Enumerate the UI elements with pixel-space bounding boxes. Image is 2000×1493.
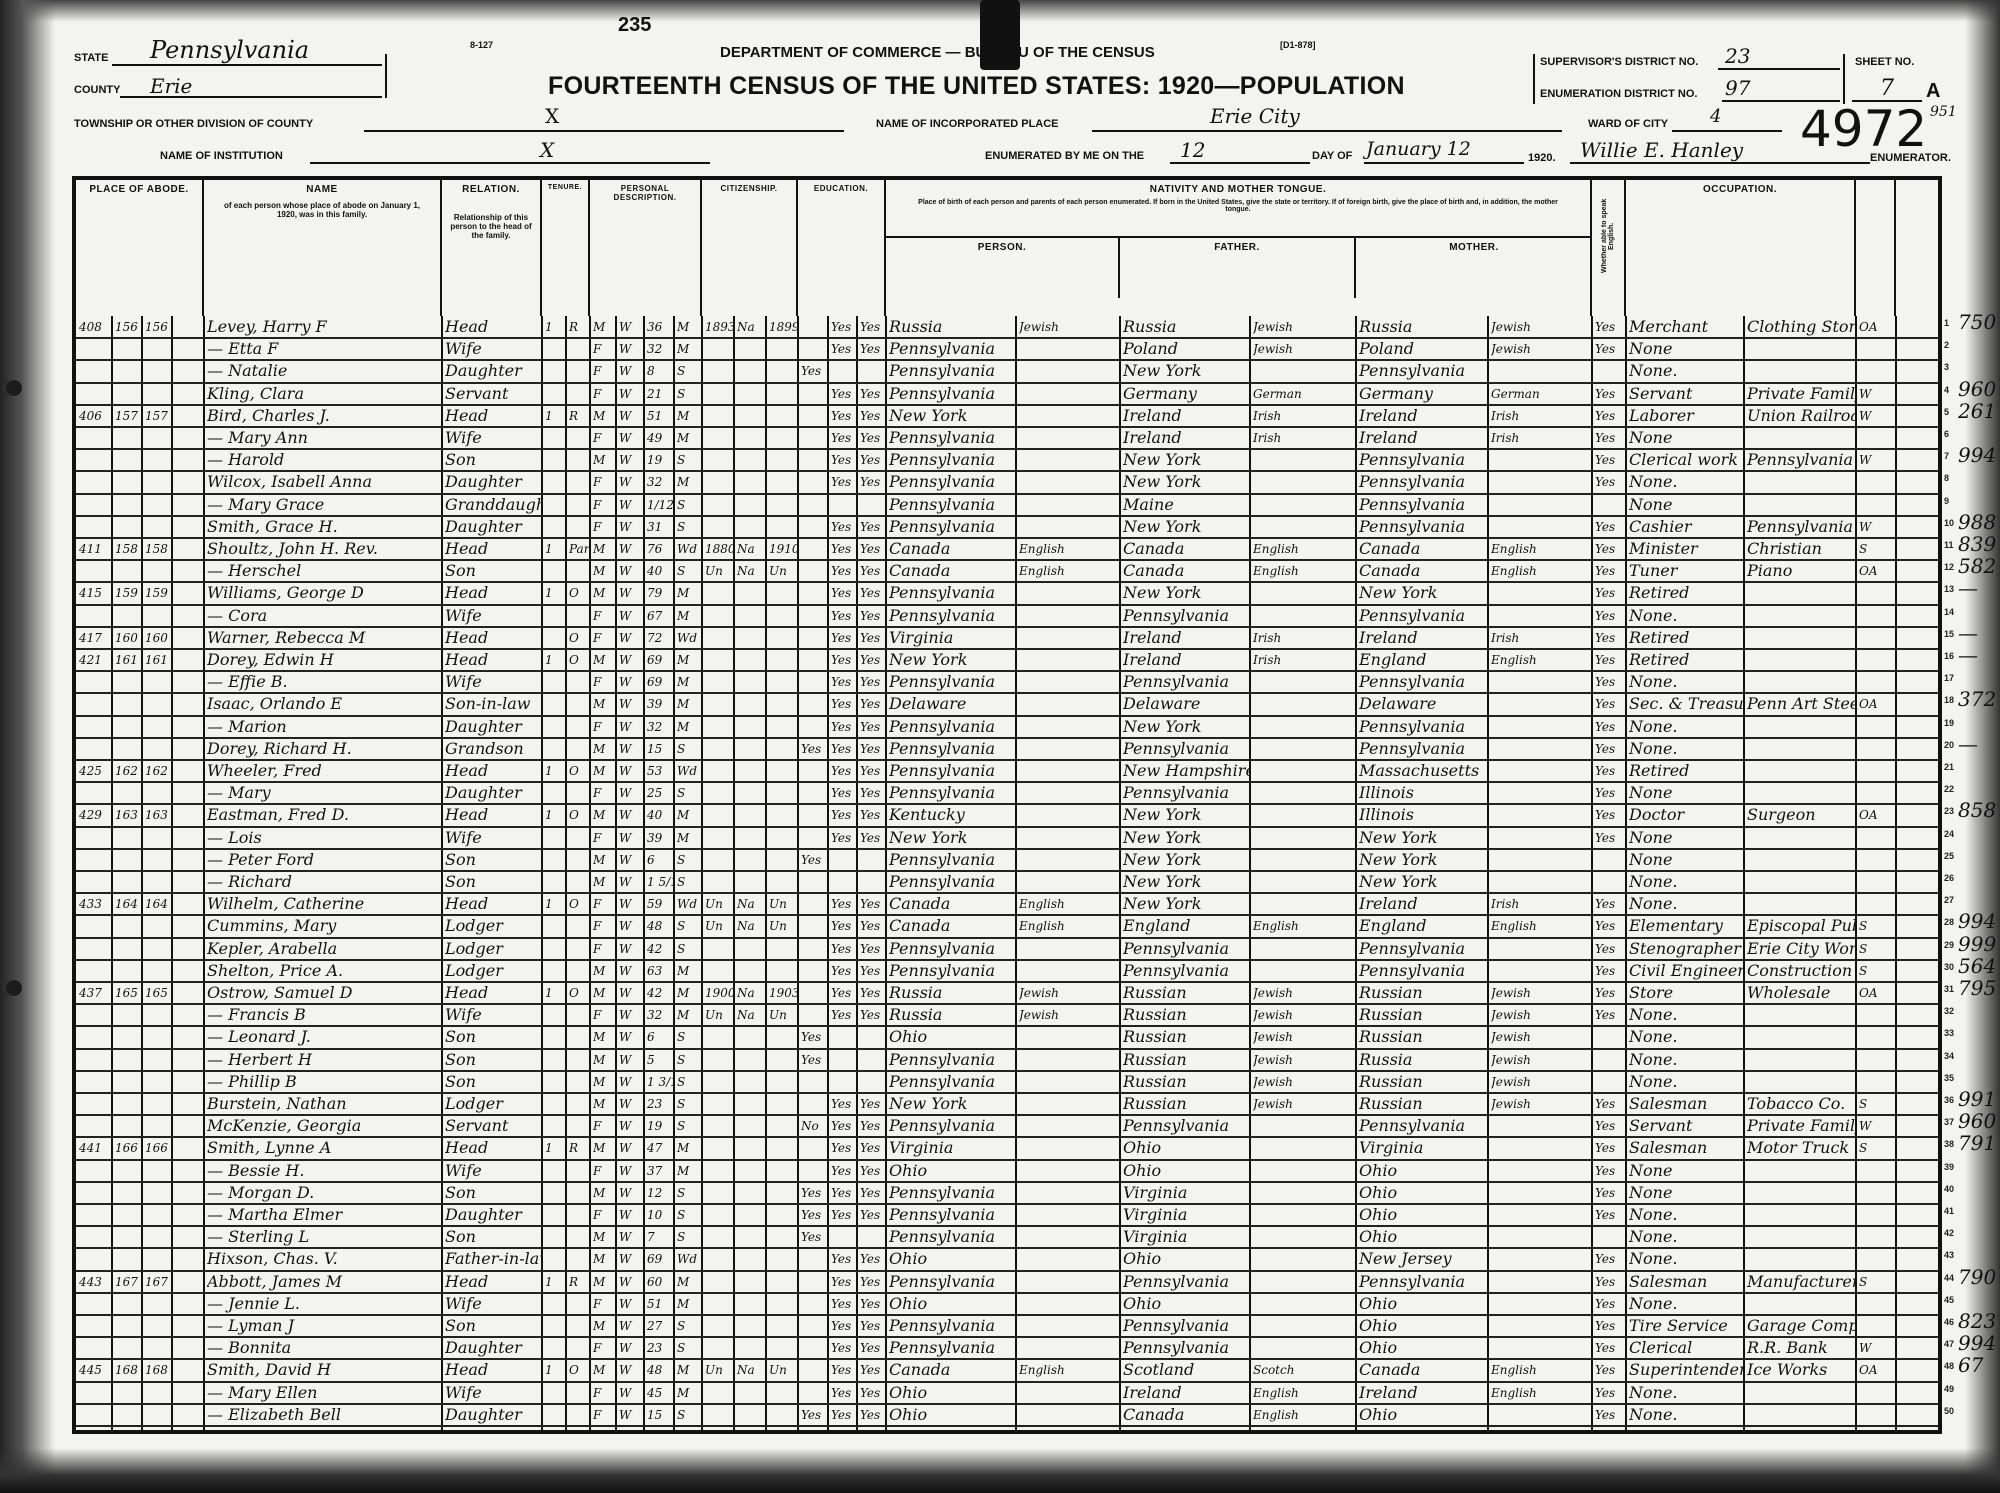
cell-birth: Pennsylvania	[889, 1182, 1015, 1204]
cell-name: — Morgan D.	[207, 1182, 441, 1204]
cell-read: Yes	[831, 1204, 856, 1226]
cell-read: Yes	[831, 383, 856, 405]
line-number: 30	[1944, 962, 1954, 972]
cell-m-tongue: English	[1491, 1359, 1591, 1381]
cell-natyr: 1910	[769, 538, 797, 560]
cell-relation: Lodger	[445, 938, 541, 960]
cell-read: Yes	[831, 1337, 856, 1359]
cell-name: Hixson, Chas. V.	[207, 1248, 441, 1270]
cell-eng: Yes	[1595, 1382, 1625, 1404]
cell-street: 415	[79, 582, 111, 604]
cell-eng: Yes	[1595, 804, 1625, 826]
cell-birth: Canada	[889, 1359, 1015, 1381]
cell-sex: F	[593, 627, 615, 649]
cell-age: 32	[647, 338, 673, 360]
scan-edge-bottom	[0, 1448, 2000, 1493]
cell-sex: F	[593, 471, 615, 493]
table-row: 433164164Wilhelm, CatherineHead1OFW59WdU…	[76, 893, 1938, 915]
cell-eng: Yes	[1595, 383, 1625, 405]
enumerated-label: ENUMERATED BY ME ON THE	[985, 150, 1144, 162]
cell-birth: Pennsylvania	[889, 938, 1015, 960]
line-number: 17	[1944, 673, 1954, 683]
cell-industry: Manufacturer	[1747, 1271, 1855, 1293]
cell-name: — Francis B	[207, 1004, 441, 1026]
cell-f-tongue: Jewish	[1253, 1071, 1355, 1093]
table-row: — MarionDaughterFW32MYesYesPennsylvaniaN…	[76, 716, 1938, 738]
cell-race: W	[619, 1382, 643, 1404]
cell-industry: Construction Co.	[1747, 960, 1855, 982]
cell-school: Yes	[801, 360, 827, 382]
cell-read: Yes	[831, 693, 856, 715]
cell-read: Yes	[831, 1293, 856, 1315]
cell-occupation: None.	[1629, 1404, 1743, 1426]
cell-name: Smith, Grace H.	[207, 516, 441, 538]
cell-occupation: None.	[1629, 1204, 1743, 1226]
cell-m-birth: Russia	[1359, 1049, 1487, 1071]
cell-m-birth: Russian	[1359, 1071, 1487, 1093]
table-row: 425162162Wheeler, FredHead1OMW53WdYesYes…	[76, 760, 1938, 782]
cell-industry: Motor Truck	[1747, 1137, 1855, 1159]
cell-race: W	[619, 849, 643, 871]
cell-family: 158	[145, 538, 171, 560]
cell-m-birth: New York	[1359, 582, 1487, 604]
cell-mort: O	[569, 649, 589, 671]
line-number: 14	[1944, 607, 1954, 617]
cell-occupation: None	[1629, 427, 1743, 449]
cell-industry: R.R. Bank	[1747, 1337, 1855, 1359]
cell-school: No	[801, 1115, 827, 1137]
cell-sex: M	[593, 1271, 615, 1293]
cell-tongue: English	[1019, 893, 1119, 915]
cell-m-birth: Germany	[1359, 383, 1487, 405]
cell-f-birth: New York	[1123, 871, 1249, 893]
cell-birth: Canada	[889, 560, 1015, 582]
cell-f-birth: Russian	[1123, 1071, 1249, 1093]
cell-f-birth: Russian	[1123, 982, 1249, 1004]
cell-write: Yes	[860, 1315, 885, 1337]
cell-f-tongue: Jewish	[1253, 1049, 1355, 1071]
cell-m-birth: Ohio	[1359, 1182, 1487, 1204]
sheet-value: 7	[1880, 76, 1894, 101]
cell-birth: Virginia	[889, 1137, 1015, 1159]
margin-code: 960	[1958, 377, 1996, 401]
cell-occupation: None.	[1629, 871, 1743, 893]
cell-nat: Na	[737, 1359, 765, 1381]
cell-occupation: Store	[1629, 982, 1743, 1004]
cell-age: 12	[647, 1182, 673, 1204]
cell-m-birth: Ohio	[1359, 1337, 1487, 1359]
cell-age: 31	[647, 516, 673, 538]
cell-eng: Yes	[1595, 338, 1625, 360]
cell-marital: M	[677, 1359, 701, 1381]
enumeration-value: 97	[1725, 76, 1750, 100]
cell-family: 156	[145, 316, 171, 338]
cell-write: Yes	[860, 782, 885, 804]
cell-class: S	[1859, 960, 1895, 982]
cell-class: OA	[1859, 316, 1895, 338]
cell-m-birth: Ohio	[1359, 1404, 1487, 1426]
cell-birth: Pennsylvania	[889, 671, 1015, 693]
cell-industry: Christian	[1747, 538, 1855, 560]
cell-industry: Pennsylvania RR	[1747, 516, 1855, 538]
cell-write: Yes	[860, 938, 885, 960]
institution-underline	[310, 162, 710, 164]
cell-class: S	[1859, 1137, 1895, 1159]
cell-read: Yes	[831, 738, 856, 760]
cell-occupation: None	[1629, 1182, 1743, 1204]
cell-nat: Na	[737, 1004, 765, 1026]
table-row: — CoraWifeFW67MYesYesPennsylvaniaPennsyl…	[76, 605, 1938, 627]
bracket-line	[1843, 54, 1845, 104]
cell-school: Yes	[801, 1049, 827, 1071]
ward-value: 4	[1710, 106, 1721, 127]
cell-f-birth: New York	[1123, 516, 1249, 538]
cell-occupation: Retired	[1629, 627, 1743, 649]
cell-birth: Pennsylvania	[889, 1226, 1015, 1248]
cell-race: W	[619, 1359, 643, 1381]
col-label: PERSONAL DESCRIPTION.	[590, 180, 700, 202]
cell-m-birth: Pennsylvania	[1359, 449, 1487, 471]
cell-birth: Pennsylvania	[889, 1115, 1015, 1137]
cell-nat: Na	[737, 893, 765, 915]
cell-f-birth: Delaware	[1123, 693, 1249, 715]
cell-age: 6	[647, 1026, 673, 1048]
line-number: 39	[1944, 1162, 1954, 1172]
cell-own: 1	[545, 316, 565, 338]
cell-m-birth: Pennsylvania	[1359, 1271, 1487, 1293]
cell-read: Yes	[831, 649, 856, 671]
cell-dwelling: 156	[115, 316, 141, 338]
line-number: 19	[1944, 718, 1954, 728]
cell-m-birth: Ireland	[1359, 627, 1487, 649]
cell-write: Yes	[860, 982, 885, 1004]
cell-relation: Head	[445, 804, 541, 826]
col-extra	[1896, 180, 1942, 316]
cell-write: Yes	[860, 582, 885, 604]
cell-m-tongue: English	[1491, 560, 1591, 582]
margin-code: 795	[1958, 976, 1996, 1000]
table-row: — Elizabeth BellDaughterFW15SYesYesYesOh…	[76, 1404, 1938, 1426]
cell-age: 60	[647, 1271, 673, 1293]
cell-tongue: Jewish	[1019, 316, 1119, 338]
cell-write: Yes	[860, 560, 885, 582]
line-number: 26	[1944, 873, 1954, 883]
cell-name: Bird, Charles J.	[207, 405, 441, 427]
cell-sex: M	[593, 871, 615, 893]
cell-name: Smith, David H	[207, 1359, 441, 1381]
binder-hole-icon	[6, 980, 22, 996]
cell-occupation: None.	[1629, 1049, 1743, 1071]
cell-read: Yes	[831, 1382, 856, 1404]
cell-birth: Russia	[889, 316, 1015, 338]
cell-race: W	[619, 760, 643, 782]
enumerated-day: 12	[1180, 138, 1205, 162]
cell-sex: M	[593, 405, 615, 427]
cell-write: Yes	[860, 1382, 885, 1404]
cell-m-birth: Virginia	[1359, 1137, 1487, 1159]
margin-code: 994	[1958, 443, 1996, 467]
bracket-line	[1533, 54, 1535, 104]
cell-mort: R	[569, 1271, 589, 1293]
col-sublabel: Relationship of this person to the head …	[442, 195, 540, 258]
cell-relation: Daughter	[445, 360, 541, 382]
cell-race: W	[619, 693, 643, 715]
line-number: 28	[1944, 917, 1954, 927]
cell-eng: Yes	[1595, 1137, 1625, 1159]
cell-m-birth: New York	[1359, 849, 1487, 871]
cell-mort: Parsonage	[569, 538, 589, 560]
cell-read: Yes	[831, 1093, 856, 1115]
cell-m-tongue: English	[1491, 649, 1591, 671]
supervisor-underline	[1718, 68, 1840, 70]
table-row: 421161161Dorey, Edwin HHead1OMW69MYesYes…	[76, 649, 1938, 671]
cell-m-tongue: German	[1491, 383, 1591, 405]
cell-m-birth: Russian	[1359, 1004, 1487, 1026]
cell-age: 32	[647, 1004, 673, 1026]
line-number: 42	[1944, 1228, 1954, 1238]
cell-own: 1	[545, 982, 565, 1004]
cell-write: Yes	[860, 716, 885, 738]
cell-marital: M	[677, 405, 701, 427]
cell-marital: S	[677, 1115, 701, 1137]
place-underline	[1092, 130, 1562, 132]
sheet-label: SHEET NO.	[1855, 56, 1914, 68]
cell-birth: Pennsylvania	[889, 1315, 1015, 1337]
cell-imm: Un	[705, 915, 733, 937]
township-label: TOWNSHIP OR OTHER DIVISION OF COUNTY	[74, 118, 313, 130]
cell-sex: F	[593, 338, 615, 360]
cell-own: 1	[545, 405, 565, 427]
cell-sex: M	[593, 1226, 615, 1248]
cell-family: 162	[145, 760, 171, 782]
cell-race: W	[619, 516, 643, 538]
margin-code: 790	[1958, 1265, 1996, 1289]
cell-age: 23	[647, 1337, 673, 1359]
cell-relation: Wife	[445, 1160, 541, 1182]
cell-imm: 1893	[705, 316, 733, 338]
margin-code: 582	[1958, 554, 1996, 578]
day-underline	[1170, 162, 1310, 164]
cell-occupation: Salesman	[1629, 1137, 1743, 1159]
cell-m-birth: Poland	[1359, 338, 1487, 360]
line-number: 9	[1944, 496, 1949, 506]
cell-write: Yes	[860, 627, 885, 649]
cell-occupation: None.	[1629, 1293, 1743, 1315]
cell-name: — Jennie L.	[207, 1293, 441, 1315]
cell-read: Yes	[831, 915, 856, 937]
cell-marital: S	[677, 360, 701, 382]
margin-code: 999	[1958, 932, 1996, 956]
line-number: 32	[1944, 1006, 1954, 1016]
cell-occupation: None.	[1629, 1382, 1743, 1404]
line-number: 2	[1944, 340, 1949, 350]
cell-age: 32	[647, 471, 673, 493]
cell-dwelling: 163	[115, 804, 141, 826]
cell-marital: M	[677, 1137, 701, 1159]
cell-birth: Pennsylvania	[889, 738, 1015, 760]
line-number: 24	[1944, 829, 1954, 839]
cell-m-birth: Ohio	[1359, 1160, 1487, 1182]
cell-age: 5	[647, 1049, 673, 1071]
cell-class: S	[1859, 538, 1895, 560]
line-number: 38	[1944, 1139, 1954, 1149]
cell-m-tongue: Irish	[1491, 405, 1591, 427]
cell-sex: F	[593, 1404, 615, 1426]
cell-name: Kepler, Arabella	[207, 938, 441, 960]
cell-birth: Pennsylvania	[889, 1204, 1015, 1226]
line-number: 37	[1944, 1117, 1954, 1127]
cell-industry: Pennsylvania RR	[1747, 449, 1855, 471]
cell-occupation: None.	[1629, 1004, 1743, 1026]
cell-race: W	[619, 1271, 643, 1293]
cell-age: 27	[647, 1315, 673, 1337]
table-row: — HaroldSonMW19SYesYesPennsylvaniaNew Yo…	[76, 449, 1938, 471]
cell-m-birth: Illinois	[1359, 782, 1487, 804]
table-row: — HerschelSonMW40SUnNaUnYesYesCanadaEngl…	[76, 560, 1938, 582]
cell-age: 23	[647, 1093, 673, 1115]
col-sublabel: of each person whose place of abode on J…	[204, 195, 440, 225]
cell-sex: M	[593, 560, 615, 582]
margin-code: 858	[1958, 798, 1996, 822]
cell-m-birth: Pennsylvania	[1359, 1115, 1487, 1137]
cell-occupation: Stenographer	[1629, 938, 1743, 960]
line-number: 25	[1944, 851, 1954, 861]
line-number: 15	[1944, 629, 1954, 639]
cell-eng: Yes	[1595, 893, 1625, 915]
cell-industry: Tobacco Co.	[1747, 1093, 1855, 1115]
cell-sex: M	[593, 693, 615, 715]
cell-class: W	[1859, 383, 1895, 405]
cell-occupation: Merchant	[1629, 316, 1743, 338]
cell-name: — Phillip B	[207, 1071, 441, 1093]
cell-sex: F	[593, 827, 615, 849]
cell-marital: S	[677, 1049, 701, 1071]
cell-name: Levey, Harry F	[207, 316, 441, 338]
cell-tongue: English	[1019, 560, 1119, 582]
cell-age: 36	[647, 316, 673, 338]
cell-marital: S	[677, 1337, 701, 1359]
cell-m-birth: Canada	[1359, 560, 1487, 582]
cell-f-birth: Pennsylvania	[1123, 782, 1249, 804]
cell-read: Yes	[831, 427, 856, 449]
cell-f-tongue: Jewish	[1253, 316, 1355, 338]
cell-relation: Servant	[445, 1115, 541, 1137]
cell-class: W	[1859, 449, 1895, 471]
cell-birth: Pennsylvania	[889, 760, 1015, 782]
cell-birth: Pennsylvania	[889, 605, 1015, 627]
col-sublabel: Place of birth of each person and parent…	[886, 195, 1590, 217]
subcol-father: FATHER.	[1120, 236, 1356, 298]
table-row: — Francis BWifeFW32MUnNaUnYesYesRussiaJe…	[76, 1004, 1938, 1026]
cell-name: — Natalie	[207, 360, 441, 382]
cell-mort: R	[569, 1137, 589, 1159]
cell-eng: Yes	[1595, 1093, 1625, 1115]
cell-sex: F	[593, 516, 615, 538]
cell-f-tongue: Jewish	[1253, 338, 1355, 360]
cell-m-tongue: Irish	[1491, 893, 1591, 915]
table-row: Shelton, Price A.LodgerMW63MYesYesPennsy…	[76, 960, 1938, 982]
cell-tongue: English	[1019, 538, 1119, 560]
cell-write: Yes	[860, 1004, 885, 1026]
cell-imm: Un	[705, 1359, 733, 1381]
cell-mort: R	[569, 316, 589, 338]
year: 1920.	[1528, 152, 1556, 164]
cell-occupation: Sec. & Treasurer	[1629, 693, 1743, 715]
cell-birth: Pennsylvania	[889, 960, 1015, 982]
cell-mort: O	[569, 760, 589, 782]
cell-f-tongue: Irish	[1253, 627, 1355, 649]
cell-class: OA	[1859, 982, 1895, 1004]
cell-family: 157	[145, 405, 171, 427]
cell-imm: Un	[705, 1004, 733, 1026]
cell-f-birth: Canada	[1123, 1404, 1249, 1426]
cell-imm: Un	[705, 560, 733, 582]
enumerator-name: Willie E. Hanley	[1580, 138, 1743, 162]
cell-read: Yes	[831, 716, 856, 738]
cell-f-tongue: Scotch	[1253, 1359, 1355, 1381]
cell-write: Yes	[860, 338, 885, 360]
cell-age: 79	[647, 582, 673, 604]
cell-class: W	[1859, 1337, 1895, 1359]
cell-age: 10	[647, 1204, 673, 1226]
cell-name: — Richard	[207, 871, 441, 893]
line-number: 18	[1944, 695, 1954, 705]
cell-relation: Father-in-law	[445, 1248, 541, 1270]
cell-sex: F	[593, 360, 615, 382]
cell-m-birth: Ohio	[1359, 1293, 1487, 1315]
cell-f-birth: Russian	[1123, 1026, 1249, 1048]
cell-tongue: English	[1019, 915, 1119, 937]
cell-eng: Yes	[1595, 627, 1625, 649]
cell-class: S	[1859, 938, 1895, 960]
cell-m-tongue: Irish	[1491, 627, 1591, 649]
cell-natyr: Un	[769, 893, 797, 915]
cell-f-birth: Ohio	[1123, 1137, 1249, 1159]
cell-write: Yes	[860, 738, 885, 760]
cell-name: McKenzie, Georgia	[207, 1115, 441, 1137]
cell-race: W	[619, 915, 643, 937]
col-label: MOTHER.	[1356, 238, 1592, 253]
cell-read: Yes	[831, 760, 856, 782]
cell-class: W	[1859, 516, 1895, 538]
cell-dwelling: 160	[115, 627, 141, 649]
cell-race: W	[619, 560, 643, 582]
cell-eng: Yes	[1595, 427, 1625, 449]
cell-birth: Ohio	[889, 1248, 1015, 1270]
cell-natyr: Un	[769, 915, 797, 937]
cell-read: Yes	[831, 316, 856, 338]
cell-name: Burstein, Nathan	[207, 1093, 441, 1115]
cell-f-birth: Pennsylvania	[1123, 605, 1249, 627]
line-number: 23	[1944, 806, 1954, 816]
line-number: 22	[1944, 784, 1954, 794]
cell-write: Yes	[860, 471, 885, 493]
cell-m-birth: Ohio	[1359, 1226, 1487, 1248]
place-value: Erie City	[1210, 104, 1300, 128]
cell-relation: Wife	[445, 338, 541, 360]
line-number: 29	[1944, 940, 1954, 950]
cell-write: Yes	[860, 383, 885, 405]
cell-m-tongue: Irish	[1491, 427, 1591, 449]
cell-m-birth: Pennsylvania	[1359, 605, 1487, 627]
cell-eng: Yes	[1595, 1182, 1625, 1204]
binder-hole-icon	[6, 380, 22, 396]
cell-age: 1 5/12	[647, 871, 673, 893]
line-number: 36	[1944, 1095, 1954, 1105]
cell-sex: F	[593, 915, 615, 937]
cell-m-birth: Massachusetts	[1359, 760, 1487, 782]
cell-occupation: None.	[1629, 605, 1743, 627]
